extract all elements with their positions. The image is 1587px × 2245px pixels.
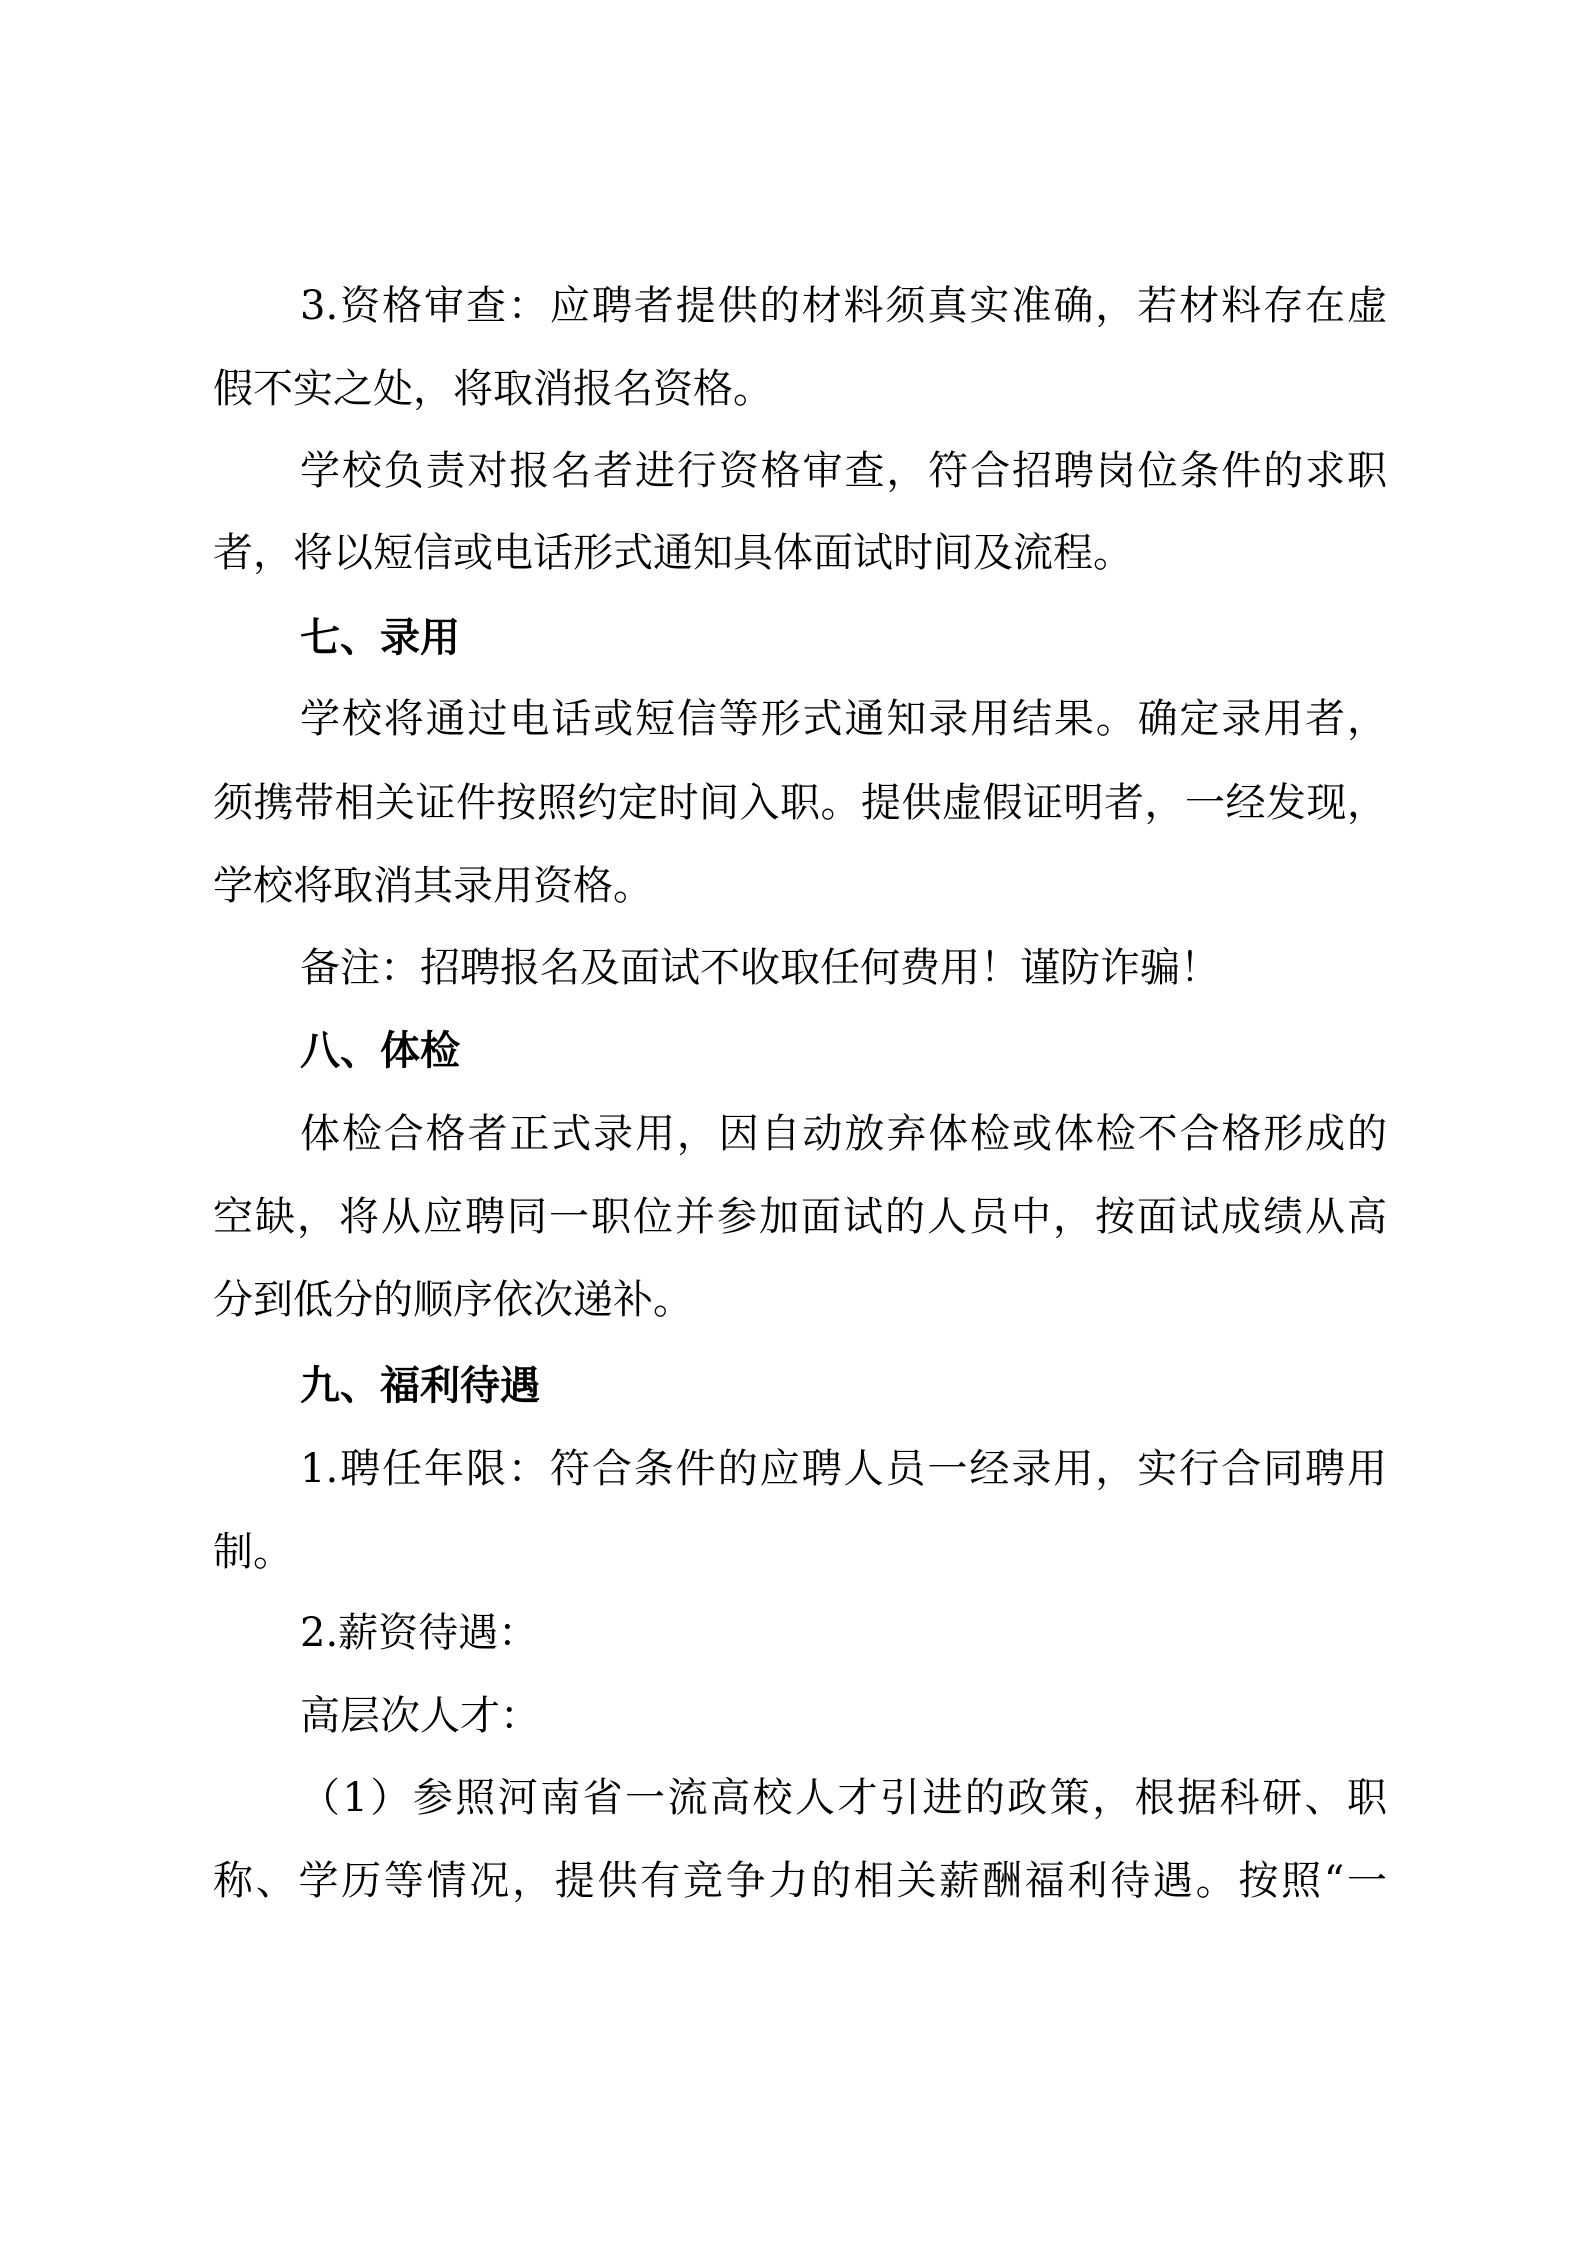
paragraph-note-line-1: 备注：招聘报名及面试不收取任何费用！谨防诈骗！ [300,946,1220,990]
section-heading-medical-exam: 八、体检 [300,1029,460,1073]
paragraph-contract-term-line-2: 制。 [213,1530,293,1574]
paragraph-qualification-review-line-1: 3.资格审查：应聘者提供的材料须真实准确，若材料存在虚 [300,284,1387,328]
section-heading-benefits: 九、福利待遇 [300,1364,540,1408]
paragraph-salary-title: 2.薪资待遇： [300,1611,538,1655]
paragraph-talent-policy-line-2: 称、学历等情况，提供有竞争力的相关薪酬福利待遇。按照“一 [213,1859,1387,1903]
paragraph-qualification-review-line-2: 假不实之处，将取消报名资格。 [213,367,773,411]
paragraph-hiring-line-3: 学校将取消其录用资格。 [213,864,653,908]
paragraph-high-level-talent-title: 高层次人才： [300,1694,540,1738]
paragraph-hiring-line-2: 须携带相关证件按照约定时间入职。提供虚假证明者，一经发现， [213,781,1387,825]
document-page: 3.资格审查：应聘者提供的材料须真实准确，若材料存在虚 假不实之处，将取消报名资… [0,0,1587,2245]
paragraph-contract-term-line-1: 1.聘任年限：符合条件的应聘人员一经录用，实行合同聘用 [300,1447,1387,1491]
section-heading-hiring: 七、录用 [300,616,460,660]
paragraph-school-review-line-1: 学校负责对报名者进行资格审查，符合招聘岗位条件的求职 [300,449,1387,493]
paragraph-hiring-line-1: 学校将通过电话或短信等形式通知录用结果。确定录用者， [300,697,1387,741]
paragraph-school-review-line-2: 者，将以短信或电话形式通知具体面试时间及流程。 [213,531,1133,575]
paragraph-medical-exam-line-1: 体检合格者正式录用，因自动放弃体检或体检不合格形成的 [300,1112,1387,1156]
paragraph-talent-policy-line-1: （1）参照河南省一流高校人才引进的政策，根据科研、职 [300,1776,1387,1820]
paragraph-medical-exam-line-2: 空缺，将从应聘同一职位并参加面试的人员中，按面试成绩从高 [213,1195,1387,1239]
paragraph-medical-exam-line-3: 分到低分的顺序依次递补。 [213,1278,693,1322]
